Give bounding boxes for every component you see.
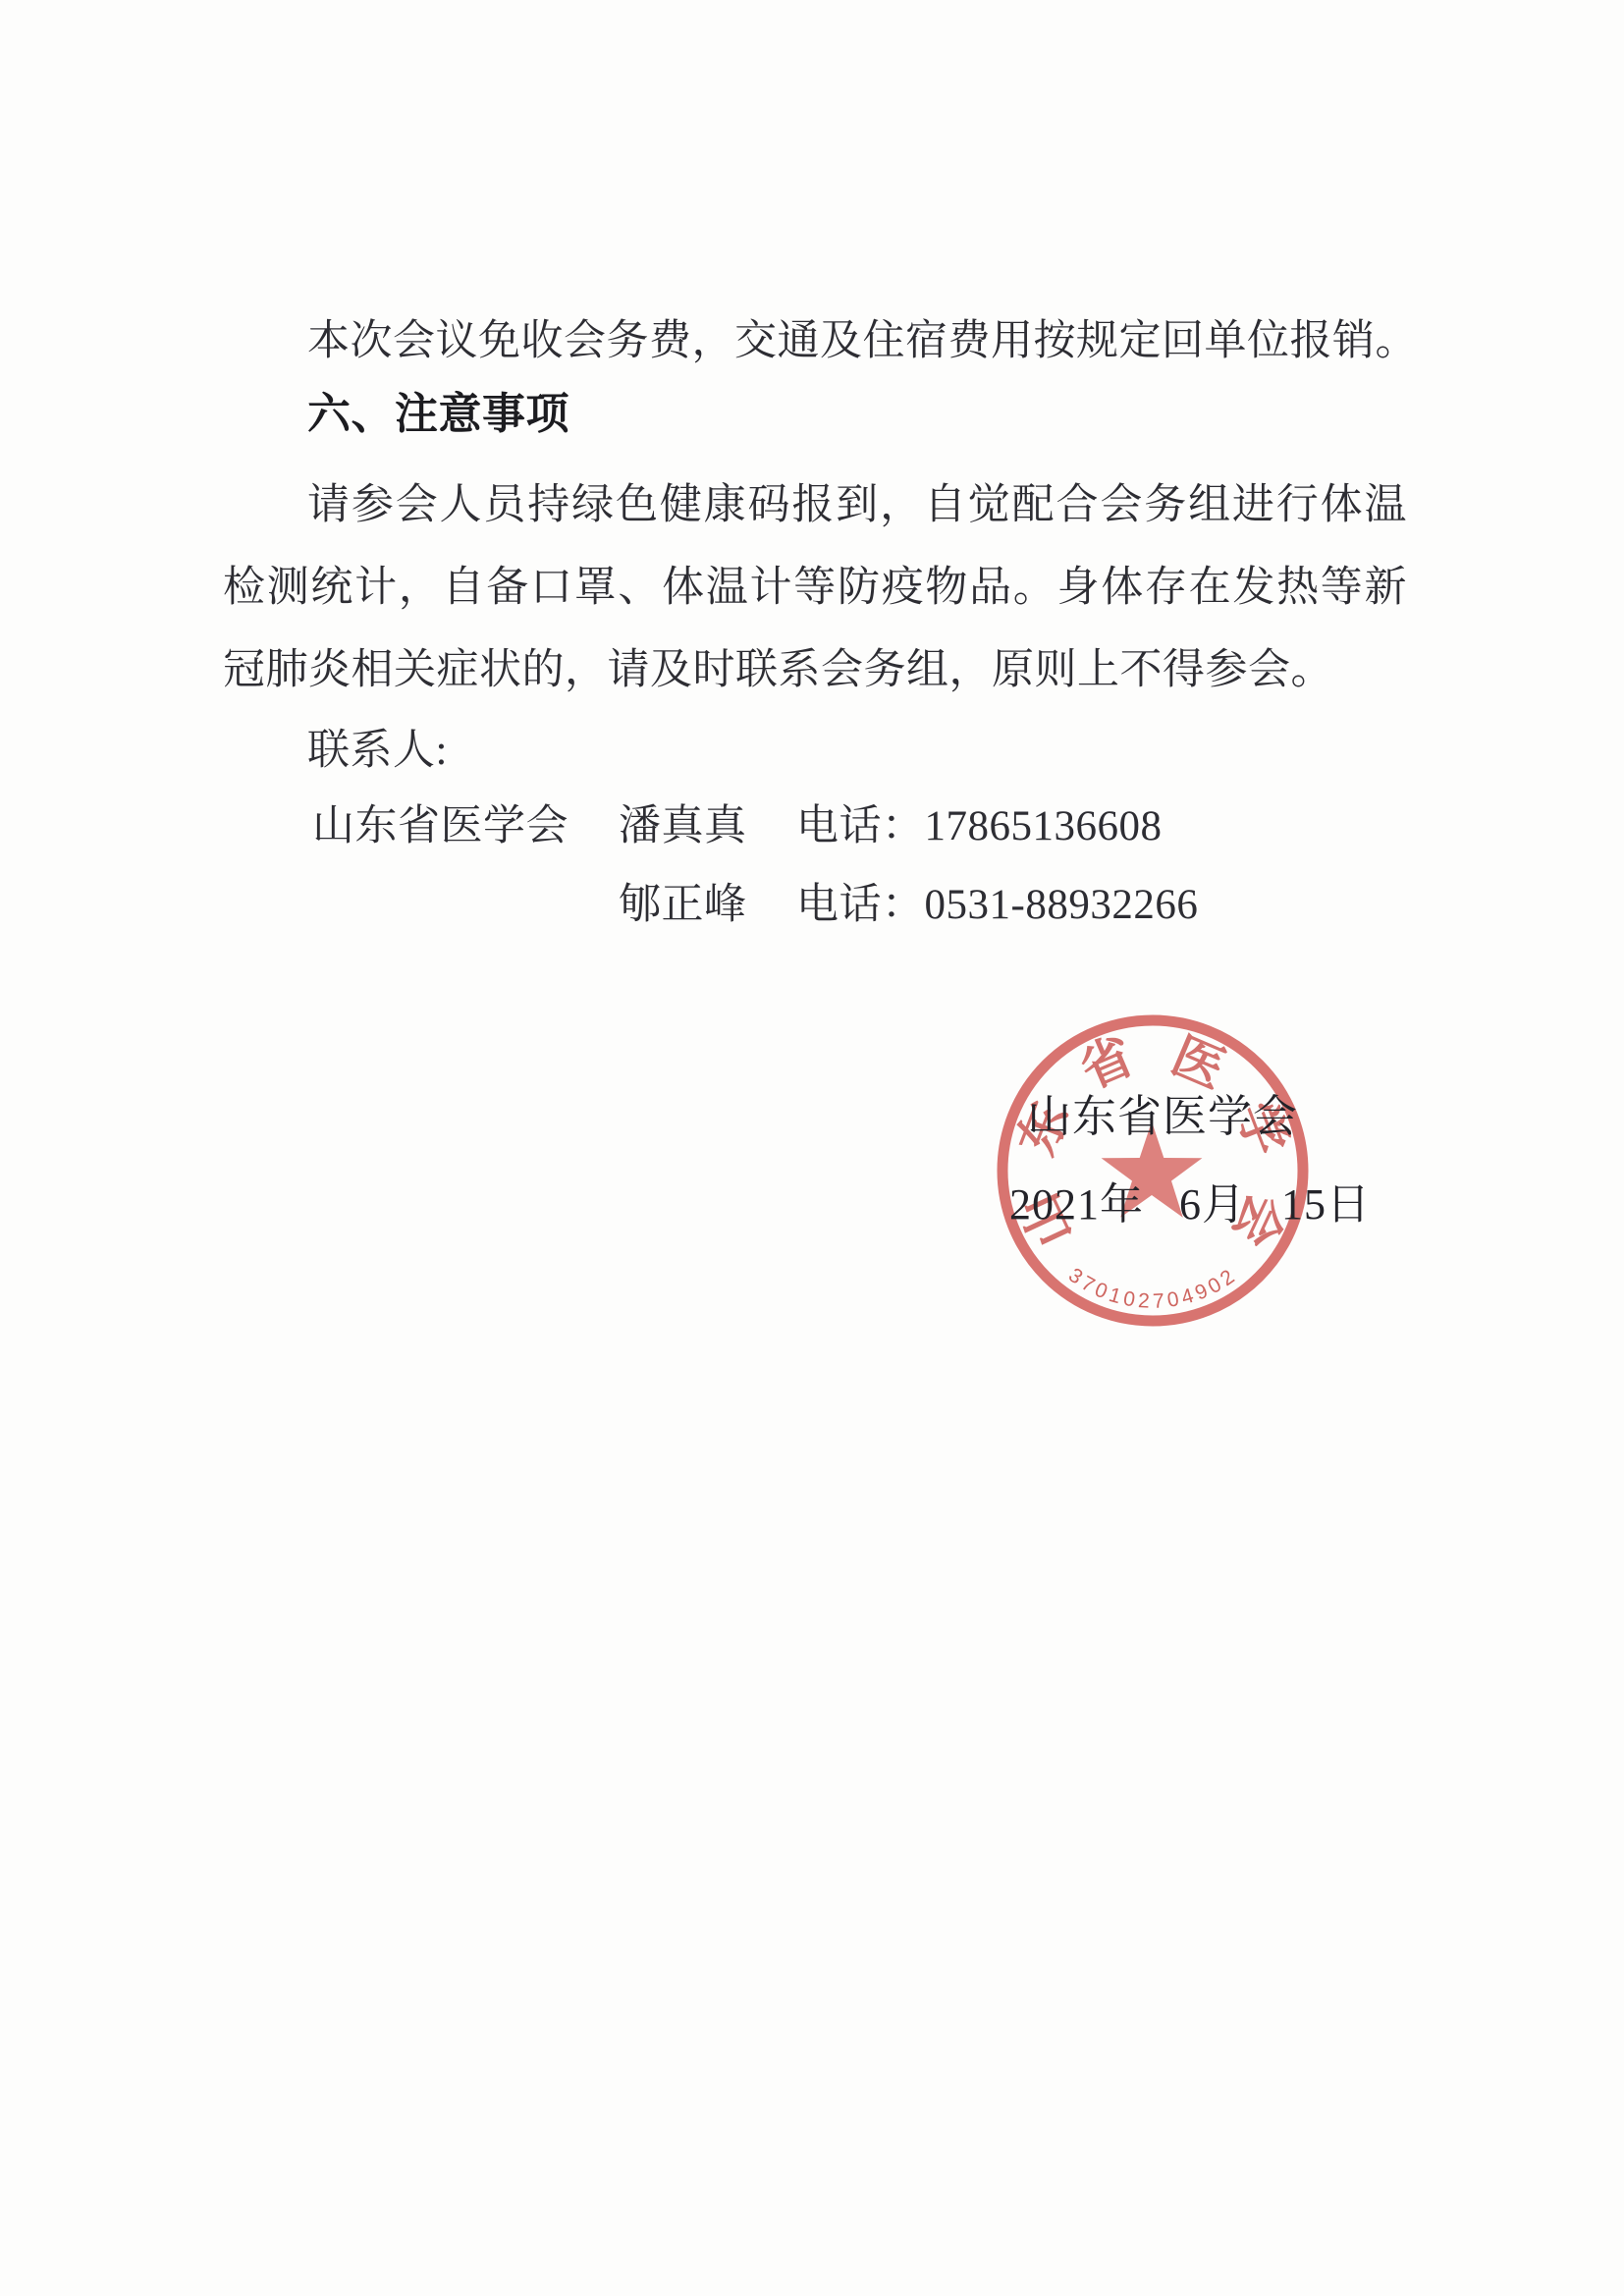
contact-name: 潘真真 — [619, 801, 747, 852]
document-page: 本次会议免收会务费，交通及住宿费用按规定回单位报销。 六、注意事项 请参会人员持… — [0, 0, 1624, 2296]
signature-date: 2021年 6月 15日 — [1009, 1169, 1371, 1231]
notes-line-3: 冠肺炎相关症状的，请及时联系会务组，原则上不得参会。 — [223, 645, 1407, 696]
contact-org: 山东省医学会 — [312, 801, 568, 852]
section-heading: 六、注意事项 — [223, 389, 1407, 440]
contact-phone: 电话：17865136608 — [796, 801, 1163, 852]
contact-name: 郇正峰 — [619, 880, 747, 931]
notes-line-2: 检测统计，自备口罩、体温计等防疫物品。身体存在发热等新 — [223, 563, 1407, 614]
phone-number: 0531-88932266 — [925, 882, 1199, 928]
contact-label: 联系人: — [223, 726, 1407, 777]
notes-line-1: 请参会人员持绿色健康码报到，自觉配合会务组进行体温 — [223, 480, 1407, 531]
fee-paragraph: 本次会议免收会务费，交通及住宿费用按规定回单位报销。 — [223, 316, 1407, 367]
signature-org: 山东省医学会 — [1027, 1080, 1298, 1144]
phone-number: 17865136608 — [925, 803, 1163, 849]
phone-label: 电话： — [796, 882, 925, 928]
contact-phone: 电话：0531-88932266 — [796, 880, 1198, 931]
phone-label: 电话： — [796, 803, 925, 849]
